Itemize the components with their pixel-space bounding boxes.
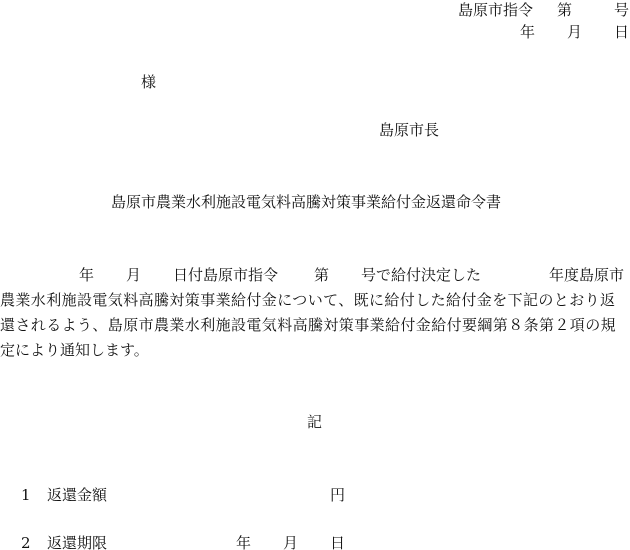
date-year: 年 xyxy=(520,22,535,42)
document-title: 島原市農業水利施設電気料高騰対策事業給付金返還命令書 xyxy=(111,192,501,212)
body-month: 月 xyxy=(126,265,141,285)
sender-name: 島原市長 xyxy=(379,120,439,140)
item-unit: 円 xyxy=(330,485,345,505)
date-month: 月 xyxy=(567,22,582,42)
item-label: 返還期限 xyxy=(47,533,107,550)
doc-number-go: 号 xyxy=(614,0,629,20)
addressee-suffix: 様 xyxy=(141,72,156,92)
date-day: 日 xyxy=(614,22,629,42)
body-year: 年 xyxy=(79,265,94,285)
body-go-text: 号で給付決定した xyxy=(361,265,481,285)
body-fiscal: 年度島原市 xyxy=(549,265,624,285)
deadline-year: 年 xyxy=(236,533,251,550)
item-number: 2 xyxy=(21,533,31,550)
item-number: 1 xyxy=(21,485,31,505)
body-dai: 第 xyxy=(314,265,329,285)
body-line-2: 農業水利施設電気料高騰対策事業給付金について、既に給付した給付金を下記のとおり返 xyxy=(0,290,615,310)
doc-number-prefix: 島原市指令 xyxy=(458,0,533,20)
body-line-4: 定により通知します。 xyxy=(0,340,149,360)
ki-heading: 記 xyxy=(307,412,322,432)
item-label: 返還金額 xyxy=(47,485,107,505)
body-line-3: 還されるよう、島原市農業水利施設電気料高騰対策事業給付金給付要綱第８条第２項の規 xyxy=(0,315,616,335)
body-day-ref: 日付島原市指令 xyxy=(173,265,278,285)
doc-number-dai: 第 xyxy=(557,0,572,20)
deadline-day: 日 xyxy=(330,533,345,550)
deadline-month: 月 xyxy=(283,533,298,550)
